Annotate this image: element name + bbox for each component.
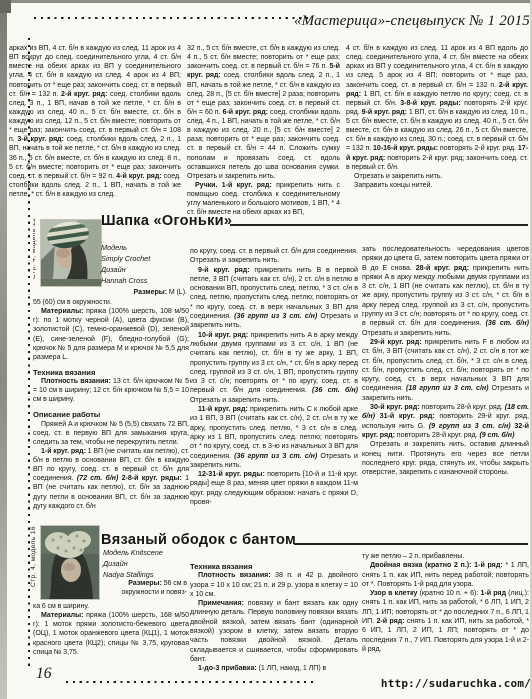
hat-model-photo: [41, 220, 101, 286]
hat-intro-paragraphs: 55 (60) см в окружности.Материалы: пряжа…: [33, 298, 189, 511]
hat-article-middle-column: по кругу, соед. ст. в первый ст. б/н для…: [190, 247, 358, 507]
headband-article-middle-column: Техника вязанияПлотность вязания: 38 п. …: [190, 556, 358, 674]
page-number: 16: [36, 665, 52, 683]
headband-title-rule: [294, 543, 528, 545]
headband-model-photo: [41, 526, 99, 599]
headband-photo-block: Стр. 4, модель 16 Модель KnitsceneДизайн…: [33, 524, 189, 602]
scan-corner-blotch: [0, 0, 11, 13]
scan-edge-top: [0, 0, 532, 3]
hat-sizes-lead: Размеры: M (L).: [73, 288, 187, 297]
sidebar-page-ref-model-15: Стр. 4, модель 15: [33, 218, 37, 279]
hat-article-intro-column: Стр. 4, модель 15 МодельSimply: [33, 216, 189, 524]
headband-article-intro-column: Стр. 4, модель 16 Модель KnitsceneДизайн…: [33, 524, 189, 657]
scan-edge-left: [0, 0, 7, 699]
hat-article-right-column: зать последовательность чередования цвет…: [362, 245, 529, 477]
headband-credits: Модель KnitsceneДизайнNadya Stallings: [103, 548, 163, 581]
hat-photo-block: Стр. 4, модель 15 МодельSimply: [33, 216, 189, 298]
top-article-column-2: 32 п., 5 ст. б/н вместе, ст. б/н в кажду…: [187, 44, 340, 220]
hat-credits: МодельSimply CrochetДизайнHannah Cross: [101, 243, 150, 287]
top-article-column-3: 4 ст. б/н в каждую из след. 11 арок из 4…: [346, 44, 528, 220]
headband-sizes-lead: Размеры: 56 см в окружности и повяз-: [95, 579, 187, 597]
hat-title-rule: [230, 224, 528, 226]
sidebar-page-ref-model-16: Стр. 4, модель 16: [30, 526, 37, 587]
magazine-issue-header: «Мастерица»-спецвыпуск № 1 2015: [294, 13, 530, 30]
top-article-column-1: арках из ВП, 4 ст. б/н в каждую из след.…: [9, 44, 181, 220]
headband-intro-paragraphs: ка 6 см в ширину.Материалы: пряжа (100% …: [33, 602, 189, 657]
footer-dotted-rule: [66, 681, 316, 683]
top-dotted-rule: [34, 17, 312, 19]
headband-article-right-column: ту же петлю – 2 п. прибавлены.Двойная вя…: [362, 552, 529, 654]
site-url-watermark: http://sudaruchka.com/: [381, 677, 531, 690]
